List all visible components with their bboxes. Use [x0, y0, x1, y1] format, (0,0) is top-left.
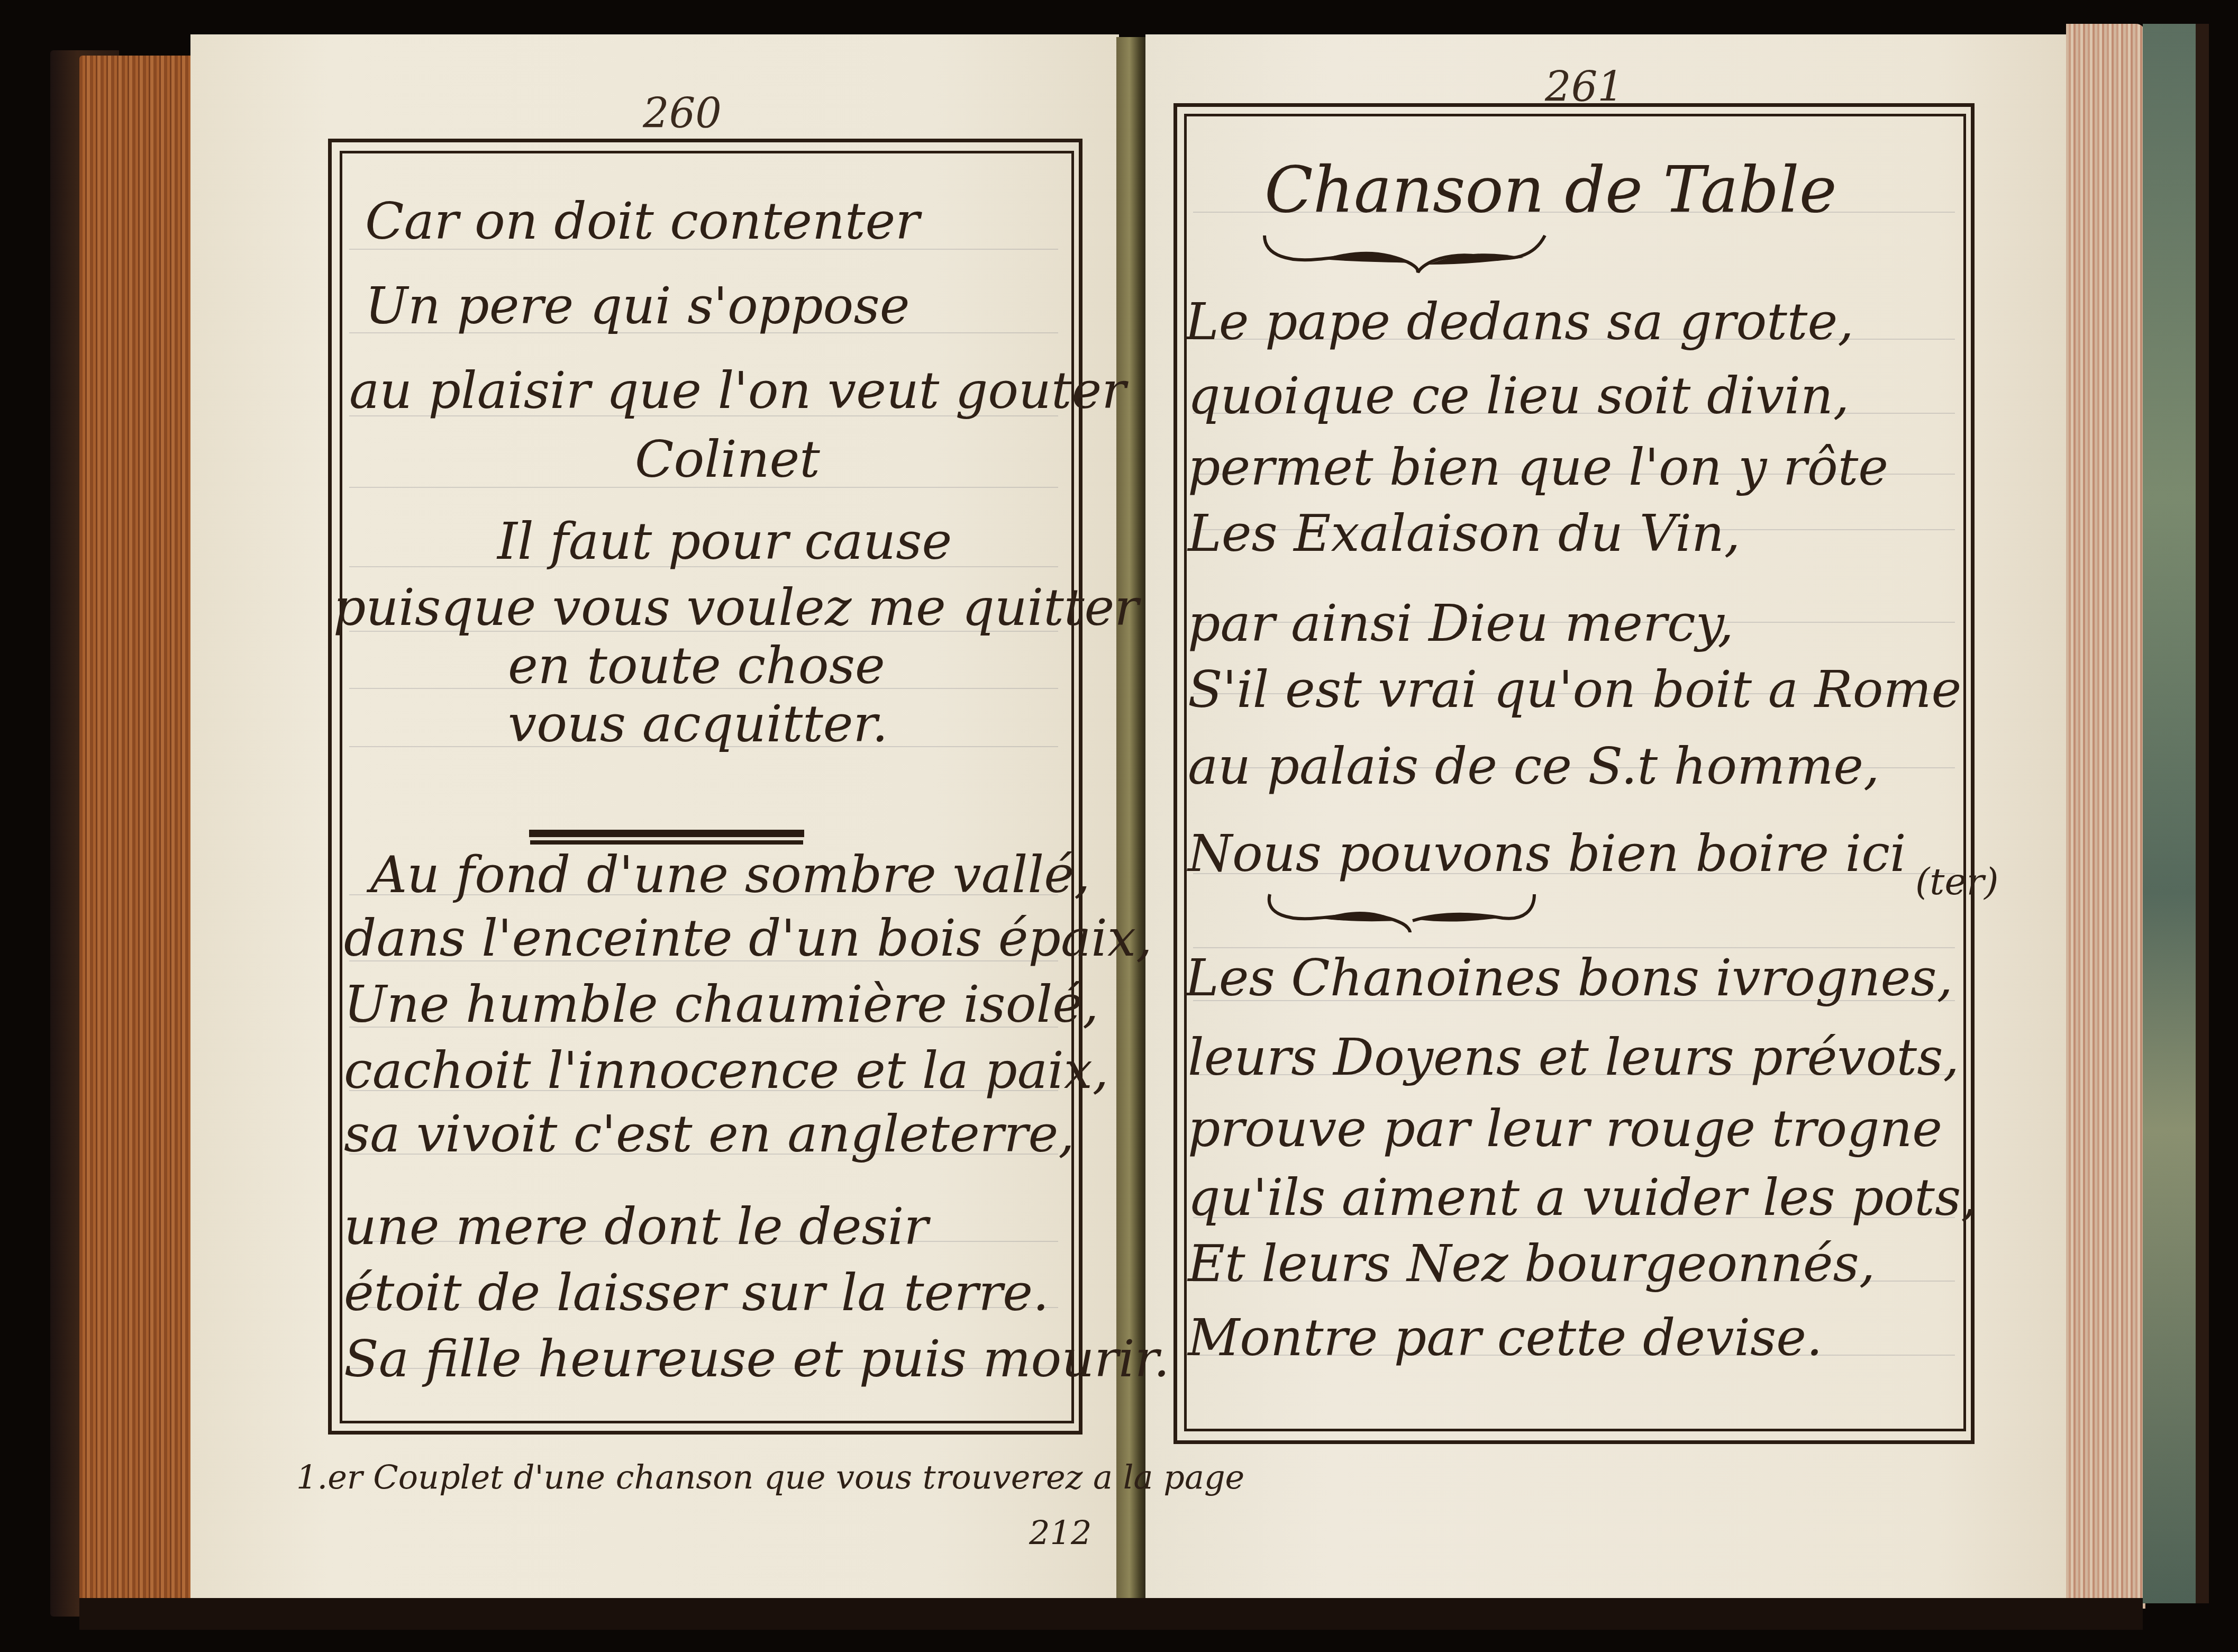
left-line-1: Car on doit contenter	[365, 196, 920, 247]
right-line-13: Et leurs Nez bourgeonnés,	[1188, 1238, 1875, 1289]
title-flourish-ornament	[1259, 220, 1577, 283]
right-line-6: S'il est vrai qu'on boit a Rome	[1188, 664, 1961, 715]
left-line-10: dans l'enceinte d'un bois épaix,	[344, 913, 1152, 964]
left-line-11: Une humble chaumière isolé,	[344, 979, 1098, 1030]
left-footnote-line-1: 1.er Couplet d'une chanson que vous trou…	[296, 1458, 1244, 1496]
left-line-8: vous acquitter.	[508, 698, 888, 749]
right-line-5: par ainsi Dieu mercy,	[1188, 598, 1734, 649]
right-line-3: permet bien que l'on y rôte	[1188, 442, 1888, 493]
right-line-7: au palais de ce S.t homme,	[1188, 741, 1880, 792]
right-marbled-cover	[2143, 24, 2204, 1603]
left-line-4-colinet: Colinet	[635, 434, 820, 485]
right-line-4: Les Exalaison du Vin,	[1188, 508, 1740, 559]
left-line-7: en toute chose	[508, 640, 885, 691]
left-line-14: une mere dont le desir	[344, 1201, 928, 1252]
right-line-12: qu'ils aiment a vuider les pots,	[1188, 1172, 1977, 1223]
right-line-10: leurs Doyens et leurs prévots,	[1188, 1032, 1959, 1083]
left-footnote-page-ref: 212	[1029, 1513, 1091, 1552]
left-line-2: Un pere qui s'oppose	[365, 280, 909, 331]
left-line-9: Au fond d'une sombre vallé,	[370, 849, 1090, 900]
left-fore-edge	[79, 56, 193, 1611]
right-line-14: Montre par cette devise.	[1188, 1312, 1823, 1363]
right-line-2: quoique ce lieu soit divin,	[1188, 370, 1849, 421]
left-line-15: étoit de laisser sur la terre.	[344, 1267, 1049, 1318]
left-line-16: Sa fille heureuse et puis mourir.	[344, 1333, 1170, 1384]
left-line-5: Il faut pour cause	[497, 516, 952, 567]
right-line-1: Le pape dedans sa grotte,	[1185, 296, 1854, 347]
right-line-9: Les Chanoines bons ivrognes,	[1185, 952, 1953, 1003]
left-line-13: sa vivoit c'est en angleterre,	[344, 1109, 1075, 1159]
right-cover-rim	[2196, 24, 2209, 1603]
book-bottom-edge	[79, 1598, 2143, 1630]
right-line-11: prouve par leur rouge trogne	[1188, 1103, 1942, 1154]
page-number-left: 260	[643, 90, 722, 138]
song-title: Chanson de Table	[1264, 153, 1837, 227]
right-fore-edge	[2066, 24, 2145, 1609]
left-line-6: puisque vous voulez me quitter	[333, 582, 1139, 633]
left-line-12: cachoit l'innocence et la paix,	[344, 1045, 1108, 1096]
left-line-3: au plaisir que l'on veut gouter	[349, 365, 1126, 416]
section-divider-rule	[529, 830, 804, 840]
repeat-mark-ter: (ter)	[1915, 860, 1999, 903]
stanza-flourish-ornament	[1259, 884, 1577, 942]
right-line-8: Nous pouvons bien boire ici	[1188, 828, 1906, 879]
